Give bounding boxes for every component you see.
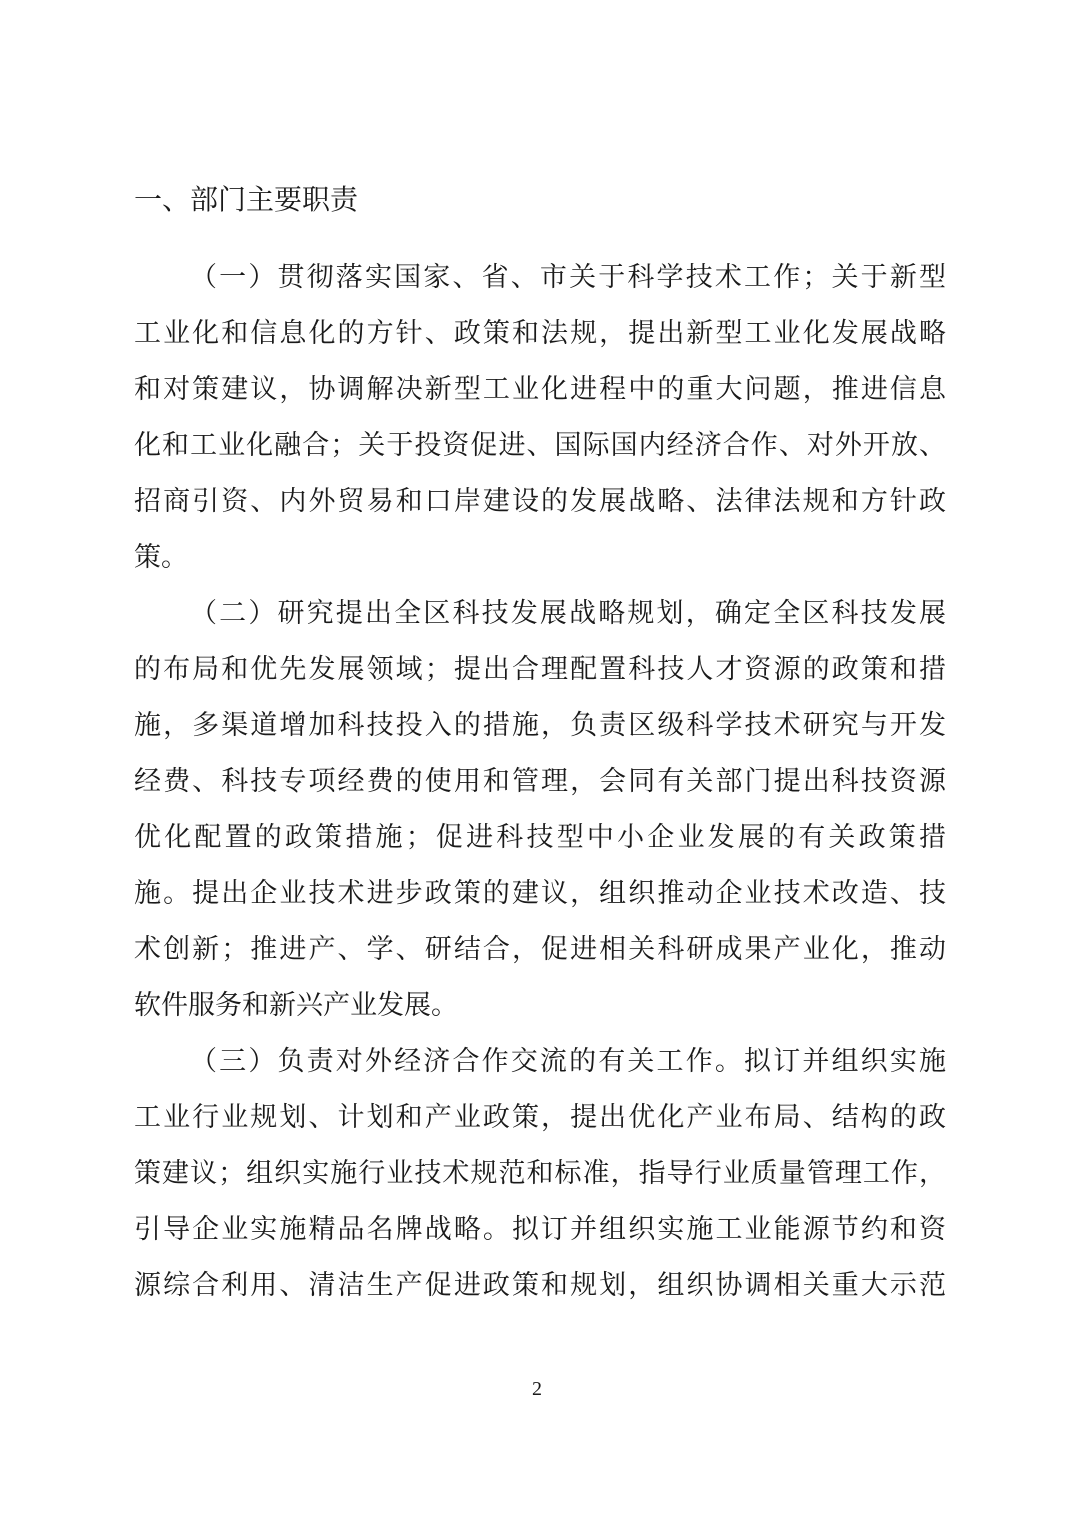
text-line: 化和工业化融合；关于投资促进、国际国内经济合作、对外开放、 [134, 417, 946, 473]
page-number: 2 [0, 1378, 1074, 1401]
text-line: 经费、科技专项经费的使用和管理，会同有关部门提出科技资源 [134, 753, 946, 809]
paragraph-2: （二）研究提出全区科技发展战略规划，确定全区科技发展 的布局和优先发展领域；提出… [134, 585, 946, 1033]
text-line: 工业化和信息化的方针、政策和法规，提出新型工业化发展战略 [134, 305, 946, 361]
text-line: 软件服务和新兴产业发展。 [134, 977, 946, 1033]
text-line: 策。 [134, 529, 946, 585]
text-line: 引导企业实施精品名牌战略。拟订并组织实施工业能源节约和资 [134, 1201, 946, 1257]
text-line: （一）贯彻落实国家、省、市关于科学技术工作；关于新型 [134, 249, 946, 305]
paragraph-3: （三）负责对外经济合作交流的有关工作。拟订并组织实施 工业行业规划、计划和产业政… [134, 1033, 946, 1313]
text-line: 的布局和优先发展领域；提出合理配置科技人才资源的政策和措 [134, 641, 946, 697]
text-line: （二）研究提出全区科技发展战略规划，确定全区科技发展 [134, 585, 946, 641]
text-line: 施，多渠道增加科技投入的措施，负责区级科学技术研究与开发 [134, 697, 946, 753]
document-body: 一、部门主要职责 （一）贯彻落实国家、省、市关于科学技术工作；关于新型 工业化和… [134, 173, 946, 1313]
text-line: 招商引资、内外贸易和口岸建设的发展战略、法律法规和方针政 [134, 473, 946, 529]
text-line: 施。提出企业技术进步政策的建议，组织推动企业技术改造、技 [134, 865, 946, 921]
section-heading: 一、部门主要职责 [134, 173, 946, 229]
text-line: 工业行业规划、计划和产业政策，提出优化产业布局、结构的政 [134, 1089, 946, 1145]
document-page: 一、部门主要职责 （一）贯彻落实国家、省、市关于科学技术工作；关于新型 工业化和… [0, 0, 1074, 1520]
text-line: 术创新；推进产、学、研结合，促进相关科研成果产业化，推动 [134, 921, 946, 977]
paragraph-1: （一）贯彻落实国家、省、市关于科学技术工作；关于新型 工业化和信息化的方针、政策… [134, 249, 946, 585]
text-line: （三）负责对外经济合作交流的有关工作。拟订并组织实施 [134, 1033, 946, 1089]
text-line: 源综合利用、清洁生产促进政策和规划，组织协调相关重大示范 [134, 1257, 946, 1313]
text-line: 和对策建议，协调解决新型工业化进程中的重大问题，推进信息 [134, 361, 946, 417]
text-line: 优化配置的政策措施；促进科技型中小企业发展的有关政策措 [134, 809, 946, 865]
text-line: 策建议；组织实施行业技术规范和标准，指导行业质量管理工作， [134, 1145, 946, 1201]
